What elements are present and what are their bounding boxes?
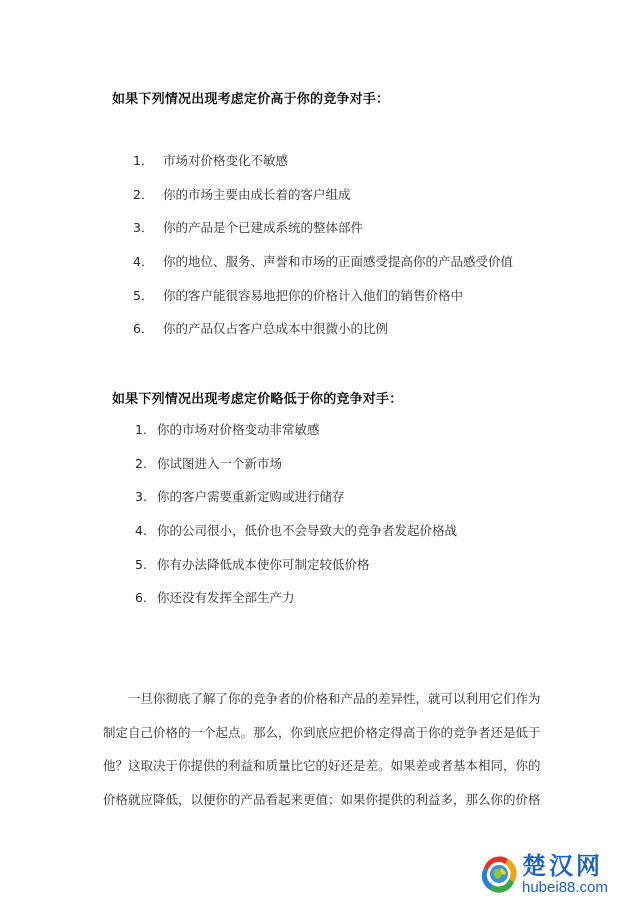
list-text: 你的客户需要重新定购或进行储存	[157, 488, 345, 506]
globe-logo-icon	[478, 854, 518, 894]
list-text: 你的产品是个已建成系统的整体部件	[163, 219, 363, 237]
list-number: 5．	[133, 287, 153, 305]
list-number: 2．	[133, 186, 153, 204]
watermark-site-name: 楚汉网	[522, 852, 603, 880]
list-number: 1.	[135, 421, 147, 439]
list-number: 3.	[135, 488, 147, 506]
list-number: 1．	[133, 152, 153, 170]
list-text: 你的公司很小，低价也不会导致大的竞争者发起价格战	[157, 522, 457, 540]
list-text: 你的市场主要由成长着的客户组成	[163, 186, 351, 204]
list-number: 6.	[135, 589, 147, 607]
list-text: 你的市场对价格变动非常敏感	[157, 421, 320, 439]
list-text: 你的产品仅占客户总成本中很微小的比例	[163, 320, 388, 338]
paragraph-line: 制定自己价格的一个起点。那么，你到底应把价格定得高于你的竞争者还是低于	[103, 724, 541, 742]
list-number: 4.	[135, 522, 147, 540]
list-number: 5.	[135, 556, 147, 574]
list-number: 2.	[135, 455, 147, 473]
list-text: 你还没有发挥全部生产力	[157, 589, 295, 607]
list-number: 6．	[133, 320, 153, 338]
paragraph-line: 一旦你彻底了解了你的竞争者的价格和产品的差异性，就可以利用它们作为	[103, 690, 541, 708]
section1-heading: 如果下列情况出现考虑定价高于你的竞争对手：	[112, 88, 389, 107]
watermark-domain: hubei88.com	[522, 879, 608, 897]
list-text: 市场对价格变化不敏感	[163, 152, 288, 170]
paragraph-line: 价格就应降低，以便你的产品看起来更值；如果你提供的利益多，那么你的价格	[103, 791, 541, 809]
list-number: 4．	[133, 253, 153, 271]
list-text: 你有办法降低成本使你可制定较低价格	[157, 556, 370, 574]
section2-heading: 如果下列情况出现考虑定价略低于你的竞争对手：	[112, 388, 402, 407]
list-text: 你的客户能很容易地把你的价格计入他们的销售价格中	[163, 287, 463, 305]
list-text: 你试图进入一个新市场	[157, 455, 282, 473]
list-text: 你的地位、服务、声誉和市场的正面感受提高你的产品感受价值	[163, 253, 513, 271]
watermark-logo: 楚汉网 hubei88.com	[478, 852, 638, 902]
paragraph-line: 他？这取决于你提供的利益和质量比它的好还是差。如果差或者基本相同，你的	[103, 757, 541, 775]
list-number: 3．	[133, 219, 153, 237]
